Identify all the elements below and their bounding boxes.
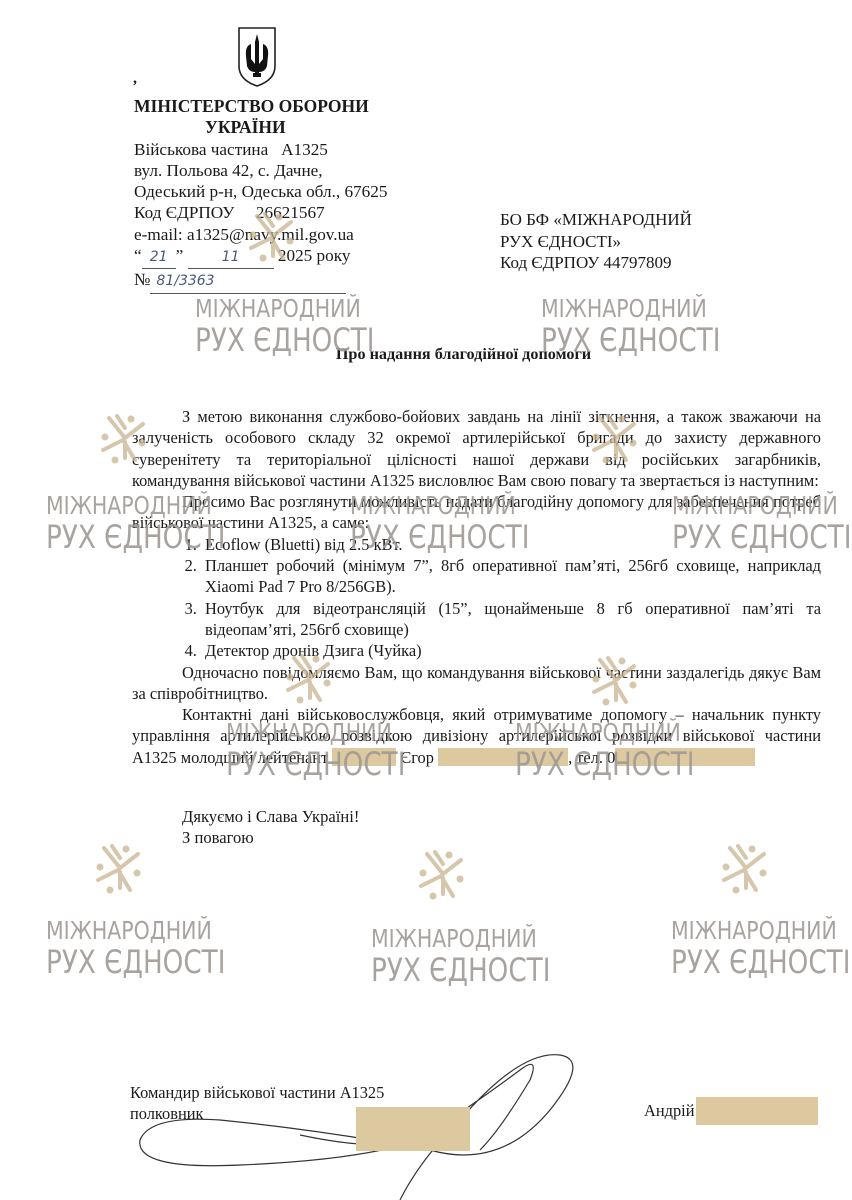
signatory-first-name: Андрій	[644, 1101, 694, 1121]
watermark-text: МІЖНАРОДНИЙРУХ ЄДНОСТІ	[195, 296, 374, 356]
number-prefix: №	[134, 270, 150, 289]
redacted-surname	[696, 1097, 818, 1125]
watermark-text: МІЖНАРОДНИЙРУХ ЄДНОСТІ	[672, 493, 851, 553]
unity-logo-icon	[95, 410, 151, 466]
watermark-text: МІЖНАРОДНИЙРУХ ЄДНОСТІ	[515, 720, 694, 780]
unity-logo-icon	[90, 840, 146, 896]
quote-close: ”	[176, 246, 184, 265]
ministry-line1: МІНІСТЕРСТВО ОБОРОНИ	[134, 96, 387, 117]
sender-block: МІНІСТЕРСТВО ОБОРОНИ УКРАЇНИ Військова ч…	[134, 96, 387, 294]
unity-logo-icon	[716, 840, 772, 896]
unity-logo-icon	[586, 410, 642, 466]
number-line: №81/3363	[134, 269, 387, 293]
address-line1: вул. Польова 42, с. Дачне,	[134, 160, 387, 181]
quote-open: “	[134, 246, 142, 265]
address-line2: Одеський р-н, Одеська обл., 67625	[134, 181, 387, 202]
letter-body: З метою виконання службово-бойових завда…	[132, 406, 821, 768]
subject-title: Про надання благодійної допомоги	[0, 345, 852, 364]
watermark-text: МІЖНАРОДНИЙРУХ ЄДНОСТІ	[371, 926, 550, 986]
watermark-text: МІЖНАРОДНИЙРУХ ЄДНОСТІ	[350, 493, 529, 553]
signatory-name: Андрій	[644, 1097, 818, 1125]
watermark-text: МІЖНАРОДНИЙРУХ ЄДНОСТІ	[671, 918, 850, 978]
document-number: 81/3363	[150, 271, 346, 293]
unit-line: Військова частина А1325	[134, 139, 387, 160]
watermark-text: МІЖНАРОДНИЙРУХ ЄДНОСТІ	[46, 918, 225, 978]
watermark-text: МІЖНАРОДНИЙРУХ ЄДНОСТІ	[46, 493, 225, 553]
closing-block: Дякуємо і Слава Україні! З повагою	[182, 806, 359, 848]
list-item: Планшет робочий (мінімум 7”, 8гб операти…	[201, 555, 821, 598]
unity-logo-icon	[413, 846, 469, 902]
unity-logo-icon	[586, 652, 642, 708]
unity-logo-icon	[280, 650, 336, 706]
closing-line2: З повагою	[182, 827, 359, 848]
ministry-line2: УКРАЇНИ	[134, 117, 387, 138]
mark: ,	[133, 70, 137, 88]
paragraph-thanks: Одночасно повідомляємо Вам, що командува…	[132, 662, 821, 705]
coat-of-arms-icon	[236, 26, 278, 88]
watermark-text: МІЖНАРОДНИЙРУХ ЄДНОСТІ	[541, 296, 720, 356]
recipient-line1: БО БФ «МІЖНАРОДНИЙ	[500, 209, 692, 231]
closing-line1: Дякуємо і Слава Україні!	[182, 806, 359, 827]
watermark-text: МІЖНАРОДНИЙРУХ ЄДНОСТІ	[226, 720, 405, 780]
recipient-line3: Код ЄДРПОУ 44797809	[500, 252, 692, 274]
unity-logo-icon	[243, 208, 299, 264]
recipient-block: БО БФ «МІЖНАРОДНИЙ РУХ ЄДНОСТІ» Код ЄДРП…	[500, 209, 692, 274]
list-item: Ноутбук для відеотрансляцій (15”, щонайм…	[201, 598, 821, 641]
date-day: 21	[142, 247, 176, 269]
paragraph-intro: З метою виконання службово-бойових завда…	[132, 406, 821, 491]
redacted-signature	[356, 1107, 470, 1151]
recipient-line2: РУХ ЄДНОСТІ»	[500, 231, 692, 253]
